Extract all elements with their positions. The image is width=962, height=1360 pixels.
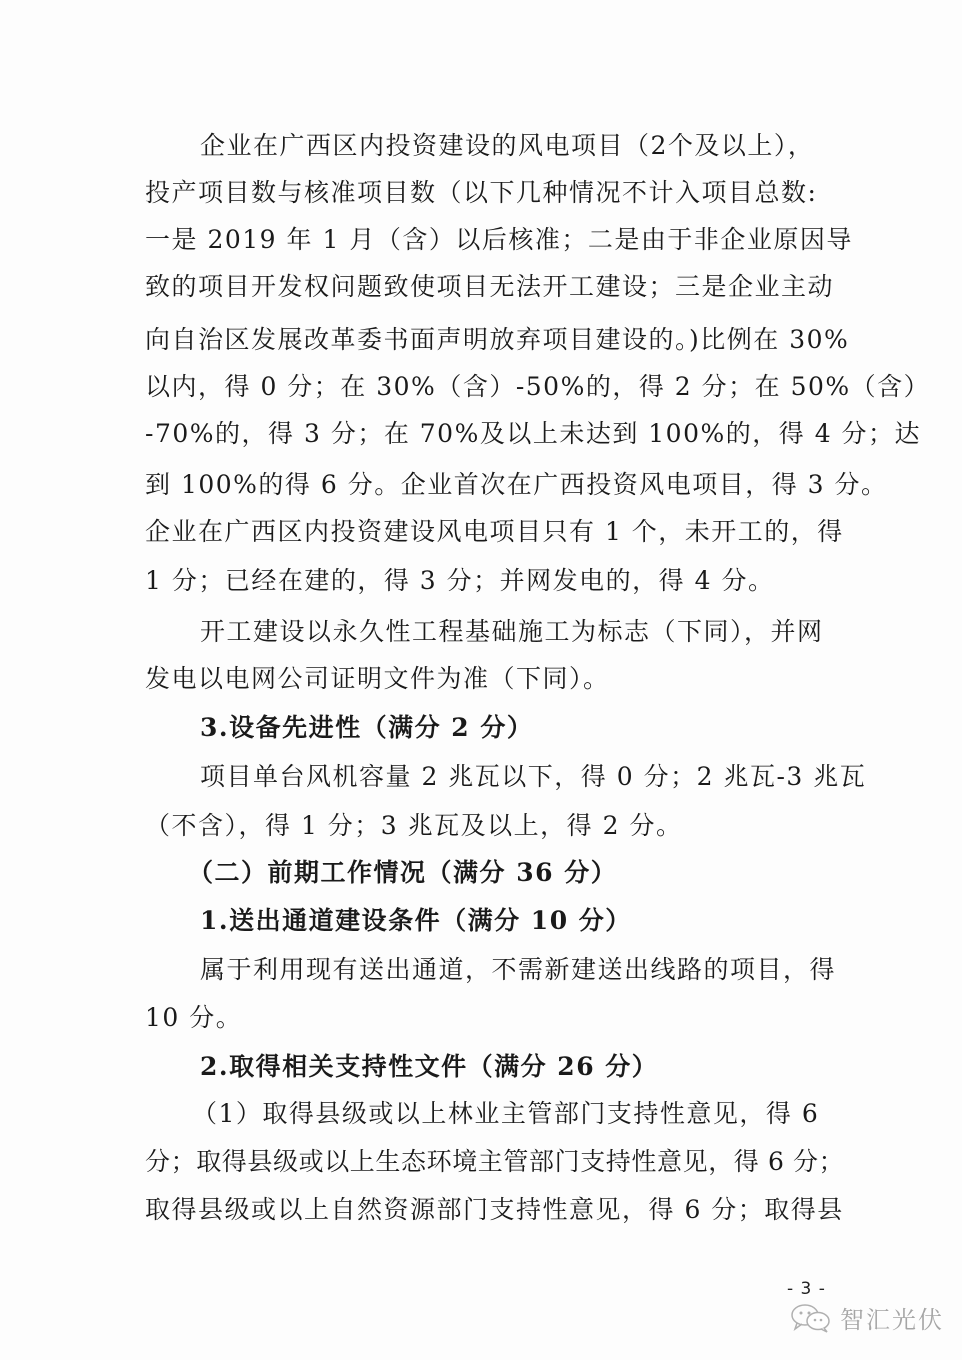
paragraph-line: 一是 2019 年 1 月（含）以后核准；二是由于非企业原因导: [145, 225, 825, 255]
page-number: - 3 -: [787, 1279, 826, 1299]
paragraph-line: （1）取得县级或以上林业主管部门支持性意见，得 6: [192, 1099, 872, 1129]
section-heading: 2.取得相关支持性文件（满分 26 分）: [200, 1052, 880, 1082]
paragraph-line: 到 100%的得 6 分。企业首次在广西投资风电项目，得 3 分。: [145, 470, 825, 500]
paragraph-line: 以内，得 0 分；在 30%（含）-50%的，得 2 分；在 50%（含）: [145, 372, 825, 402]
paragraph-line: 开工建设以永久性工程基础施工为标志（下同），并网: [200, 617, 880, 647]
paragraph-line: 企业在广西区内投资建设的风电项目（2个及以上），: [200, 131, 880, 161]
paragraph-line: 项目单台风机容量 2 兆瓦以下，得 0 分；2 兆瓦-3 兆瓦: [200, 762, 880, 792]
paragraph-line: -70%的，得 3 分；在 70%及以上未达到 100%的，得 4 分；达: [145, 419, 825, 449]
paragraph-line: 企业在广西区内投资建设风电项目只有 1 个，未开工的，得: [145, 517, 825, 547]
wechat-icon: [790, 1303, 832, 1333]
paragraph-line: 分；取得县级或以上生态环境主管部门支持性意见，得 6 分；: [145, 1147, 825, 1177]
paragraph-line: 属于利用现有送出通道，不需新建送出线路的项目，得: [200, 955, 880, 985]
section-heading: 1.送出通道建设条件（满分 10 分）: [200, 906, 880, 936]
paragraph-line: 1 分；已经在建的，得 3 分；并网发电的，得 4 分。: [145, 566, 825, 596]
paragraph-line: 投产项目数与核准项目数（以下几种情况不计入项目总数:: [145, 178, 825, 208]
paragraph-line: 致的项目开发权问题致使项目无法开工建设；三是企业主动: [145, 272, 825, 302]
paragraph-line: 发电以电网公司证明文件为准（下同）。: [145, 664, 825, 694]
paragraph-line: 取得县级或以上自然资源部门支持性意见，得 6 分；取得县: [145, 1195, 825, 1225]
watermark-text: 智汇光伏: [840, 1300, 944, 1335]
paragraph-line: （不含），得 1 分；3 兆瓦及以上，得 2 分。: [145, 811, 825, 841]
section-heading: 3.设备先进性（满分 2 分）: [200, 713, 880, 743]
document-page: 企业在广西区内投资建设的风电项目（2个及以上）， 投产项目数与核准项目数（以下几…: [0, 0, 962, 1360]
paragraph-line: 向自治区发展改革委书面声明放弃项目建设的。)比例在 30%: [145, 325, 825, 355]
paragraph-line: 10 分。: [145, 1003, 825, 1033]
section-heading: （二）前期工作情况（满分 36 分）: [188, 858, 868, 888]
watermark: 智汇光伏: [790, 1300, 944, 1335]
